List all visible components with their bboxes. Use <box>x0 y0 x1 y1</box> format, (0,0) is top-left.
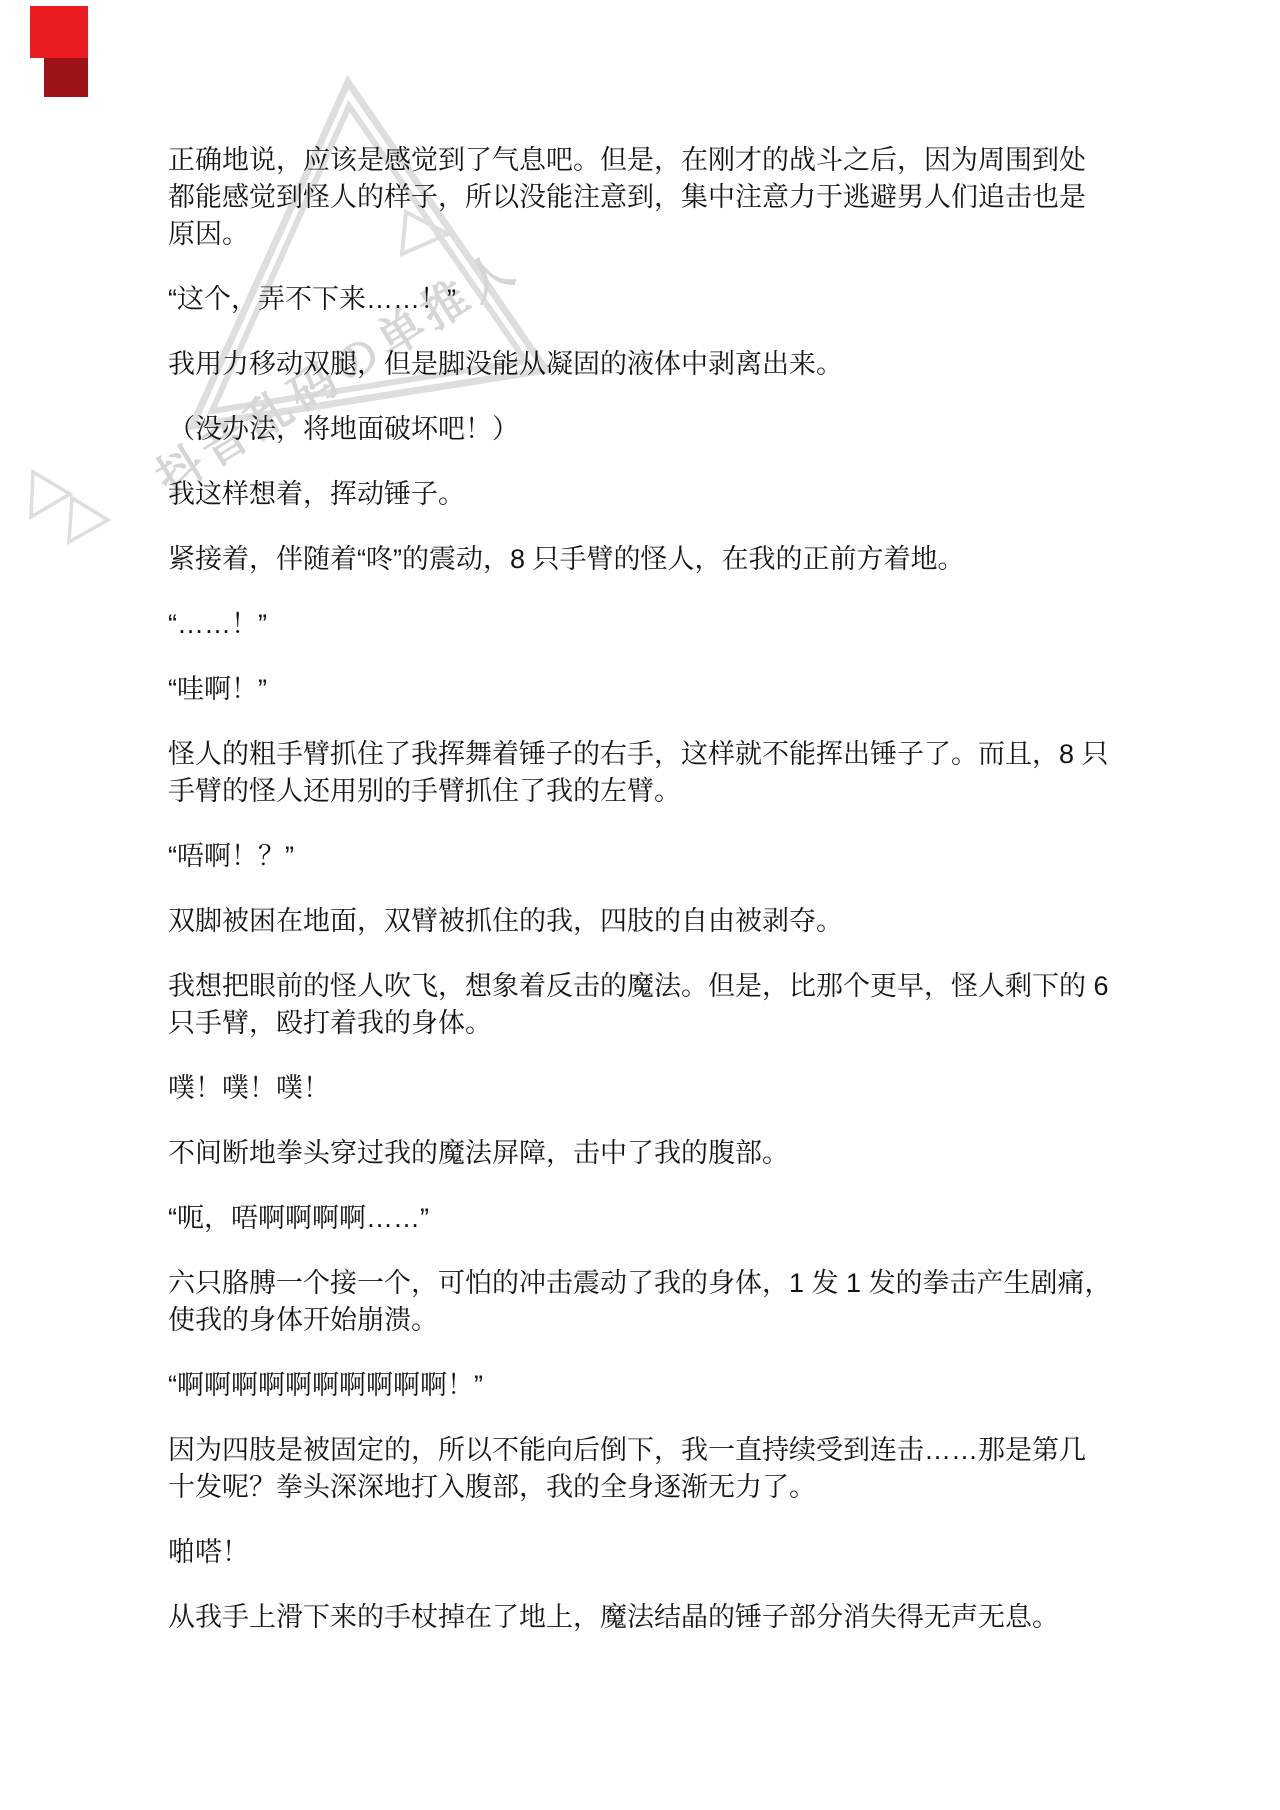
watermark-small-triangle <box>69 498 108 542</box>
paragraph: “呃，唔啊啊啊啊……” <box>168 1200 1112 1237</box>
paragraph: “唔啊！？” <box>168 838 1112 875</box>
paragraph: 不间断地拳头穿过我的魔法屏障，击中了我的腹部。 <box>168 1135 1112 1172</box>
paragraph: “这个，弄不下来……！” <box>168 281 1112 318</box>
paragraph: 紧接着，伴随着“咚”的震动，8 只手臂的怪人，在我的正前方着地。 <box>168 541 1112 578</box>
bookmark-ribbon-fold <box>44 58 88 97</box>
watermark-small-triangle <box>31 472 70 517</box>
paragraph: 正确地说，应该是感觉到了气息吧。但是，在刚才的战斗之后，因为周围到处都能感觉到怪… <box>168 142 1112 253</box>
paragraph: 我想把眼前的怪人吹飞，想象着反击的魔法。但是，比那个更早，怪人剩下的 6 只手臂… <box>168 968 1112 1042</box>
paragraph: 因为四肢是被固定的，所以不能向后倒下，我一直持续受到连击……那是第几十发呢？拳头… <box>168 1432 1112 1506</box>
novel-text: 正确地说，应该是感觉到了气息吧。但是，在刚才的战斗之后，因为周围到处都能感觉到怪… <box>168 142 1112 1664</box>
paragraph: （没办法，将地面破坏吧！） <box>168 411 1112 448</box>
paragraph: “哇啊！” <box>168 671 1112 708</box>
paragraph: 从我手上滑下来的手杖掉在了地上，魔法结晶的锤子部分消失得无声无息。 <box>168 1599 1112 1636</box>
paragraph: 怪人的粗手臂抓住了我挥舞着锤子的右手，这样就不能挥出锤子了。而且，8 只手臂的怪… <box>168 736 1112 810</box>
document-page: 抖音乱码の单推人 正确地说，应该是感觉到了气息吧。但是，在刚才的战斗之后，因为周… <box>0 0 1280 1810</box>
paragraph: 我用力移动双腿，但是脚没能从凝固的液体中剥离出来。 <box>168 346 1112 383</box>
paragraph: “啊啊啊啊啊啊啊啊啊啊！” <box>168 1367 1112 1404</box>
paragraph: 双脚被困在地面，双臂被抓住的我，四肢的自由被剥夺。 <box>168 903 1112 940</box>
bookmark-ribbon <box>30 6 88 97</box>
paragraph: 我这样想着，挥动锤子。 <box>168 476 1112 513</box>
paragraph: “……！” <box>168 606 1112 643</box>
bookmark-ribbon-top <box>30 6 88 58</box>
paragraph: 六只胳膊一个接一个，可怕的冲击震动了我的身体，1 发 1 发的拳击产生剧痛，使我… <box>168 1265 1112 1339</box>
paragraph: 噗！噗！噗！ <box>168 1070 1112 1107</box>
paragraph: 啪嗒！ <box>168 1534 1112 1571</box>
